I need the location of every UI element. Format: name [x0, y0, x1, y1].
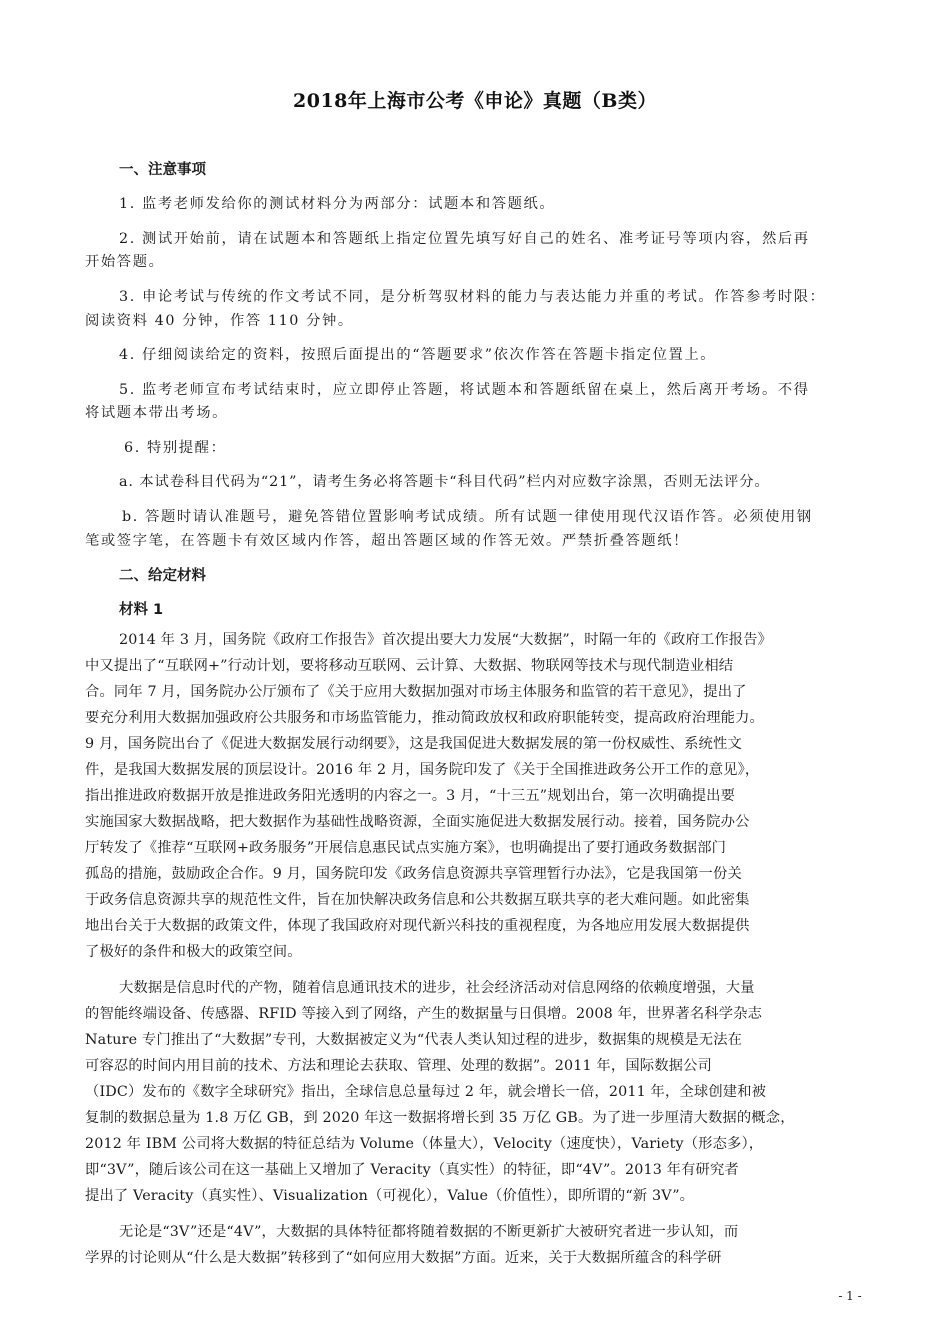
section-heading-notices: 一、注意事项 — [119, 160, 909, 180]
paragraph-2-line: 即“3V”，随后该公司在这一基础上又增加了 Veracity（真实性）的特征，即… — [85, 1160, 875, 1180]
notice-item-2: 2. 测试开始前，请在试题本和答题纸上指定位置先填写好自己的姓名、准考证号等项内… — [119, 229, 909, 249]
paragraph-2-line: 大数据是信息时代的产物，随着信息通讯技术的进步，社会经济活动对信息网络的依赖度增… — [119, 978, 909, 998]
notice-item-6a: a. 本试卷科目代码为“21”，请考生务必将答题卡“科目代码”栏内对应数字涂黑，… — [119, 472, 909, 492]
paragraph-1-line: 地出台关于大数据的政策文件，体现了我国政府对现代新兴科技的重视程度，为各地应用发… — [85, 916, 875, 936]
paragraph-1-line: 于政务信息资源共享的规范性文件，旨在加快解决政务信息和公共数据互联共享的老大难问… — [85, 890, 875, 910]
document-page: 2018年上海市公考《申论》真题（B类） 一、注意事项 1. 监考老师发给你的测… — [0, 0, 950, 1344]
paragraph-2-line: 2012 年 IBM 公司将大数据的特征总结为 Volume（体量大），Velo… — [85, 1134, 875, 1154]
notice-item-4: 4. 仔细阅读给定的资料，按照后面提出的“答题要求”依次作答在答题卡指定位置上。 — [119, 345, 909, 365]
notice-item-3: 3. 申论考试与传统的作文考试不同，是分析驾驭材料的能力与表达能力并重的考试。作… — [119, 287, 909, 307]
notice-item-6b: b. 答题时请认准题号，避免答错位置影响考试成绩。所有试题一律使用现代汉语作答。… — [122, 507, 912, 527]
notice-item-5-cont: 将试题本带出考场。 — [85, 403, 875, 423]
section-heading-materials: 二、给定材料 — [119, 566, 909, 586]
paragraph-1-line: 实施国家大数据战略，把大数据作为基础性战略资源，全面实施促进大数据发展行动。接着… — [85, 812, 875, 832]
paragraph-1-line: 指出推进政府数据开放是推进政务阳光透明的内容之一。3 月，“十三五”规划出台，第… — [85, 786, 875, 806]
paragraph-1-line: 合。同年 7 月，国务院办公厅颁布了《关于应用大数据加强对市场主体服务和监管的若… — [85, 682, 875, 702]
notice-item-6: 6. 特别提醒： — [124, 438, 914, 458]
paragraph-2-line: 复制的数据总量为 1.8 万亿 GB，到 2020 年这一数据将增长到 35 万… — [85, 1108, 875, 1128]
notice-item-6b-cont: 笔或签字笔，在答题卡有效区域内作答，超出答题区域的作答无效。严禁折叠答题纸！ — [85, 531, 875, 551]
page-number: - 1 - — [820, 1289, 880, 1303]
paragraph-1-line: 中又提出了“互联网+”行动计划，要将移动互联网、云计算、大数据、物联网等技术与现… — [85, 656, 875, 676]
paragraph-3-line: 学界的讨论则从“什么是大数据”转移到了“如何应用大数据”方面。近来，关于大数据所… — [85, 1248, 875, 1268]
notice-item-3-cont: 阅读资料 40 分钟，作答 110 分钟。 — [85, 311, 875, 331]
notice-item-5: 5. 监考老师宣布考试结束时，应立即停止答题，将试题本和答题纸留在桌上，然后离开… — [119, 380, 909, 400]
paragraph-1-line: 9 月，国务院出台了《促进大数据发展行动纲要》，这是我国促进大数据发展的第一份权… — [85, 734, 875, 754]
notice-item-1: 1. 监考老师发给你的测试材料分为两部分：试题本和答题纸。 — [119, 194, 909, 214]
paragraph-1-line: 厅转发了《推荐“互联网+政务服务”开展信息惠民试点实施方案》，也明确提出了要打通… — [85, 838, 875, 858]
document-title: 2018年上海市公考《申论》真题（B类） — [0, 86, 950, 113]
paragraph-1-line: 了极好的条件和极大的政策空间。 — [85, 942, 875, 962]
paragraph-1-line: 孤岛的措施，鼓励政企合作。9 月，国务院印发《政务信息资源共享管理暂行办法》，它… — [85, 864, 875, 884]
paragraph-2-line: 可容忍的时间内用目前的技术、方法和理论去获取、管理、处理的数据”。2011 年，… — [85, 1056, 875, 1076]
paragraph-2-line: Nature 专门推出了“大数据”专刊，大数据被定义为“代表人类认知过程的进步，… — [85, 1030, 875, 1050]
paragraph-2-line: 提出了 Veracity（真实性）、Visualization（可视化），Val… — [85, 1186, 875, 1206]
paragraph-1-line: 件，是我国大数据发展的顶层设计。2016 年 2 月，国务院印发了《关于全国推进… — [85, 760, 875, 780]
paragraph-3-line: 无论是“3V”还是“4V”，大数据的具体特征都将随着数据的不断更新扩大被研究者进… — [119, 1222, 909, 1242]
paragraph-1-line: 要充分利用大数据加强政府公共服务和市场监管能力，推动简政放权和政府职能转变，提高… — [85, 708, 875, 728]
paragraph-2-line: 的智能终端设备、传感器、RFID 等接入到了网络，产生的数据量与日俱增。2008… — [85, 1004, 875, 1024]
paragraph-1-line: 2014 年 3 月，国务院《政府工作报告》首次提出要大力发展“大数据”，时隔一… — [119, 630, 909, 650]
paragraph-2-line: （IDC）发布的《数字全球研究》指出，全球信息总量每过 2 年，就会增长一倍，2… — [85, 1082, 875, 1102]
material-label: 材料 1 — [119, 600, 909, 620]
notice-item-2-cont: 开始答题。 — [85, 252, 875, 272]
